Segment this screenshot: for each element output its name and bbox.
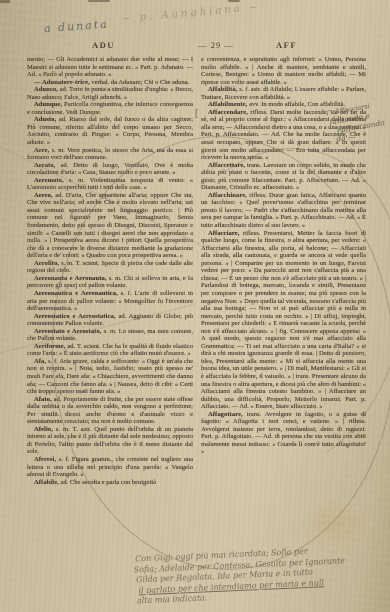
dictionary-entry: Afelio, s. m. T. astr. Quel punto dell'o… (27, 426, 193, 456)
scan-edge-speck (228, 0, 240, 2)
entry-headword: Aereostatico e Aereostatica, (34, 313, 116, 320)
entry-headword: Adusto, (34, 116, 56, 123)
entry-headword: Adunco, (34, 86, 58, 93)
entry-headword: Afa, (34, 358, 46, 365)
dictionary-entry: Afa, s. f. Aria grave, calda e soffocant… (27, 358, 193, 396)
handwritten-note-bottom: Con Gigj: oggi più mai ricordata; Sofia … (135, 544, 387, 607)
handwritten-scrawl-top-center: ~ p. Aunghiana ~ (122, 2, 261, 25)
dictionary-entry: Adunco, ad. Torto in punta a similitudin… (27, 86, 193, 101)
entry-definition: avv. In modo affabile, Con affabilità. (249, 101, 345, 108)
dictionary-entry: Aereostatico e Aereostatica, ad. Aggiunt… (27, 313, 193, 328)
entry-headword: Affacciare, (208, 230, 239, 237)
entry-headword: Aeremoto, (34, 177, 64, 184)
dictionary-entry: Aeriforme, ad. T. scient. Che ha le qual… (27, 343, 193, 358)
entry-headword: Affaccettare, (208, 162, 245, 169)
dictionary-entry: Afato, ad. Propriamente di frutte, che p… (27, 396, 193, 426)
handwritten-note-top-left: a dunata (44, 18, 110, 35)
entry-headword: Affabilmente, (208, 101, 247, 108)
entry-definition: verbal. da Adunare; Chi o Che aduna. (91, 79, 189, 86)
dictionary-entry: Affacciare, rifless. Presentarsi, Metter… (201, 230, 366, 411)
entry-headword: Affaccendare, (208, 109, 248, 116)
handwriting-line: Sofia; Adelaide per Contessa, Gesuita pe… (133, 554, 385, 575)
entry-headword: Aereostato e Aerostato, (34, 328, 102, 335)
scan-edge-speck (0, 0, 10, 3)
dictionary-entry: Aerolito, s. m. T. scient. Specie di pie… (27, 260, 193, 275)
dictionary-page-scan: ADU — 29 — AFF mento; — Gli Accademici s… (0, 0, 390, 612)
dictionary-entry: — Adunatore-trice, verbal. da Adunare; C… (27, 79, 193, 87)
entry-definition: s. f. Aria grave, calda e soffocante: « … (27, 358, 193, 395)
entry-headword: Aferesi, (34, 456, 56, 463)
left-column: mento; — Gli Accademici si adunano due v… (27, 56, 193, 548)
entry-definition: ad. D'aria, Che appartiene all'aria; opp… (27, 192, 193, 259)
handwriting-line: Gilda per Regolata, Ida per Maria e in t… (136, 565, 386, 586)
entry-definition: trans. Avvolgere in fagotto, o a guisa d… (201, 411, 366, 456)
header-left-word: ADU (92, 40, 115, 50)
entry-definition: mento; — Gli Accademici si adunano due v… (27, 56, 193, 78)
dictionary-entry: Aereonautica e Aeronautica, s. f. L'arte… (27, 290, 193, 313)
entry-headword: Afelio, (34, 426, 53, 433)
entry-headword: Aerato, (34, 162, 55, 169)
entry-definition: ad. Propriamente di frutte, che per esse… (27, 396, 193, 426)
dictionary-entry: Affacchinare, rifless. Durar gran fatica… (201, 192, 366, 230)
dictionary-entry: Aereo, ad. D'aria, Che appartiene all'ar… (27, 192, 193, 260)
dictionary-entry: Adunque, Particella congiuntiva, che inf… (27, 101, 193, 116)
dictionary-entry: Affabile, ad. Che ascolta e parla con be… (27, 479, 193, 487)
dictionary-entry: Aereonauta e Aeronauta, s. m. Chi si sol… (27, 275, 193, 290)
entry-headword: Affabile, (34, 479, 59, 486)
header-right-word: AFF (276, 40, 297, 50)
entry-headword: Aerolito, (34, 260, 59, 267)
pencil-bracket-mark: [ (195, 108, 198, 119)
entry-headword: Adunque, (34, 101, 62, 108)
entry-definition: rifless. Presentarsi, Metter la faccia f… (201, 230, 366, 411)
entry-headword: Affacchinare, (208, 192, 247, 199)
entry-definition: rifless. Darsi molte faccende, sia nel f… (201, 109, 366, 161)
dictionary-entry: Aereostato e Aerostato, s. m. Lo stesso,… (27, 328, 193, 343)
entry-headword: Aereonauta e Aeronauta, (34, 275, 107, 282)
right-column: e convenienza, e soprattutto agli inferi… (201, 56, 366, 548)
entry-definition: s. m. Voce poetica, lo stesso che Aria, … (27, 147, 193, 162)
entry-headword: Aereonautica e Aeronautica, (34, 290, 118, 297)
entry-definition: e convenienza, e soprattutto agli inferi… (201, 56, 366, 86)
dictionary-entry: Aeremoto, s. m. Violentissima tempesta d… (27, 177, 193, 192)
running-head: ADU — 29 — AFF (0, 40, 390, 54)
entry-definition: ad. Che ascolta e parla con benignità (61, 479, 156, 486)
handwriting-line: alta mia indicata. (137, 586, 387, 607)
scan-edge-speck (88, 0, 110, 2)
dictionary-entry: Affabilità, s. f. astr. di Affabile; L'e… (201, 86, 366, 101)
entry-headword: Aereo, (34, 192, 53, 199)
entry-headword: Aere, (34, 147, 49, 154)
dictionary-entry: Affaccendare, rifless. Darsi molte facce… (201, 109, 366, 162)
dictionary-entry: Aerato, ad. Detto di luogo, Ventilato, O… (27, 162, 193, 177)
handwriting-line: il parlato per che intendiamo per maria … (138, 575, 386, 596)
dictionary-entry: Aferesi, s. f. Figura gramm., che consis… (27, 456, 193, 479)
dictionary-entry: Affaccettare, trans. Lavorare un corpo s… (201, 162, 366, 192)
page-number: — 29 — (176, 40, 256, 50)
entry-headword: — Adunatore-trice, (34, 79, 90, 86)
entry-headword: Afato, (34, 396, 52, 403)
entry-headword: Aeriforme, (34, 343, 66, 350)
dictionary-entry: Affagottare, trans. Avvolgere in fagotto… (201, 411, 366, 456)
dictionary-entry: e convenienza, e soprattutto agli inferi… (201, 56, 366, 86)
dictionary-entry: Adusto, ad. Riarso dal sole, dal fuoco o… (27, 116, 193, 146)
dictionary-entry: Aere, s. m. Voce poetica, lo stesso che … (27, 147, 193, 162)
dictionary-entry: mento; — Gli Accademici si adunano due v… (27, 56, 193, 79)
dictionary-entry: Affabilmente, avv. In modo affabile, Con… (201, 101, 366, 109)
entry-headword: Affabilità, (208, 86, 237, 93)
entry-headword: Affagottare, (208, 411, 243, 418)
